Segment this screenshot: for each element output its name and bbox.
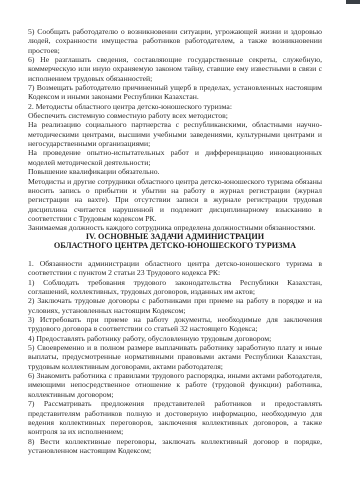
previous-section-text: 5) Сообщать работодателю о возникновении… [28,27,322,233]
paragraph: 1) Соблюдать требования трудового законо… [28,278,322,297]
section-iv-text: 1. Обязанности администрации областного … [28,259,322,455]
paragraph: Повышение квалификации обязательно. [28,167,322,176]
paragraph: 8) Вести коллективные переговоры, заключ… [28,437,322,456]
paragraph: Обеспечить системную совместную работу в… [28,111,322,120]
document-page: 5) Сообщать работодателю о возникновении… [0,0,360,494]
paragraph: 6) Не разглашать сведения, составляющие … [28,55,322,83]
paragraph: 6) Знакомить работника с правилами трудо… [28,371,322,399]
paragraph: 1. Обязанности администрации областного … [28,259,322,278]
paragraph: 5) Сообщать работодателю о возникновении… [28,27,322,55]
paragraph: 2) Заключать трудовые договоры с работни… [28,296,322,315]
paragraph: 7) Рассматривать предложения представите… [28,399,322,436]
paragraph: 7) Возмещать работодателю причиненный ущ… [28,83,322,102]
paragraph: 4) Предоставлять работнику работу, обусл… [28,334,322,343]
paragraph: 3) Истребовать при приеме на работу доку… [28,315,322,334]
section-heading: IV. ОСНОВНЫЕ ЗАДАЧИ АДМИНИСТРАЦИИ ОБЛАСТ… [28,232,322,251]
paragraph: На проведение опытно-испытательных работ… [28,148,322,167]
heading-line-1: IV. ОСНОВНЫЕ ЗАДАЧИ АДМИНИСТРАЦИИ [28,232,322,241]
heading-line-2: ОБЛАСТНОГО ЦЕНТРА ДЕТСКО-ЮНОШЕСКОГО ТУРИ… [28,241,322,250]
paragraph: 2. Методисты областного центра детско-юн… [28,102,322,111]
paragraph: Методисты и другие сотрудники областного… [28,177,322,224]
scan-corner-mark [346,0,360,4]
paragraph: 5) Своевременно и в полном размере выпла… [28,343,322,371]
paragraph: На реализацию социального партнерства с … [28,120,322,148]
